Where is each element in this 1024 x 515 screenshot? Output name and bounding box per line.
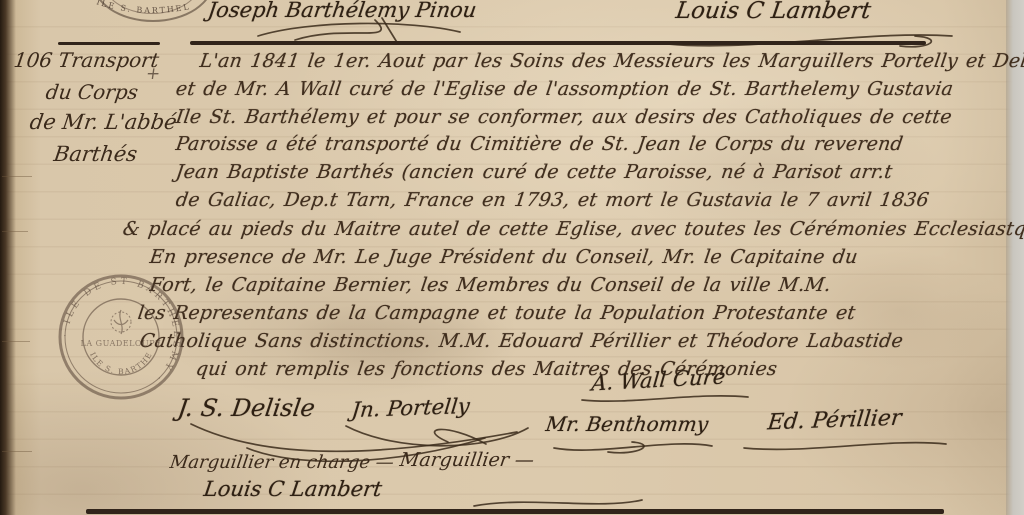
svg-text:ILE S. BARTHEL: ILE S. BARTHEL [95, 0, 191, 15]
signature-portelly: Jn. Portelly [350, 394, 470, 422]
margin-note-line: de Mr. L'abbé [28, 110, 178, 134]
manuscript-scan: ILE S. BARTHEL Joseph Barthélemy Pinou L… [0, 0, 1024, 515]
signature-flourish [576, 390, 754, 406]
caption-marguillier: Marguillier — [398, 449, 535, 471]
manuscript-line: et de Mr. A Wall curé de l'Eglise de l'a… [174, 78, 954, 100]
signature-flourish [738, 436, 952, 456]
ruled-line-stub [2, 451, 32, 452]
margin-entry-number: 106 Transport [12, 48, 160, 72]
signature-louis-lambert-top: Louis C Lambert [674, 0, 872, 24]
manuscript-line: Jean Baptiste Barthés (ancien curé de ce… [174, 161, 893, 183]
page-left-edge [0, 0, 16, 515]
margin-note-line: Barthés [52, 142, 139, 166]
page-right-edge [1006, 0, 1024, 515]
manuscript-line: L'an 1841 le 1er. Aout par les Soins des… [198, 50, 1024, 72]
ruled-line-stub [2, 341, 30, 342]
signature-benthommy: Mr. Benthommy [544, 412, 710, 436]
ruled-line-stub [2, 231, 28, 232]
manuscript-line: Ile St. Barthélemy et pour se conformer,… [174, 106, 953, 128]
signature-louis-lambert-bottom: Louis C Lambert [202, 477, 383, 501]
caption-marguillier-en-charge: Marguillier en charge — [169, 452, 396, 473]
ruled-line-stub [2, 176, 32, 177]
margin-cross-mark: + [145, 64, 162, 84]
margin-note-line: du Corps [44, 80, 139, 104]
manuscript-line: En presence de Mr. Le Juge Président du … [148, 246, 859, 268]
manuscript-line: les Representans de la Campagne et toute… [136, 302, 856, 324]
margin-divider-rule [58, 42, 160, 45]
bottom-divider-rule [86, 509, 944, 514]
manuscript-line: de Galiac, Dep.t Tarn, France en 1793, e… [174, 189, 930, 211]
signature-perillier: Ed. Périllier [766, 406, 902, 436]
top-stamp-text: ILE S. BARTHEL [86, 0, 218, 22]
entry-divider-rule [190, 41, 926, 45]
manuscript-line: & placé au pieds du Maitre autel de cett… [121, 218, 1024, 240]
signature-flourish [548, 436, 718, 458]
parish-seal-stamp: · ILE DE ST BARTHELEMY · ILE S. BARTHELE… [54, 270, 188, 404]
manuscript-line: Paroisse a été transporté du Cimitière d… [174, 133, 904, 155]
manuscript-line: Catholique Sans distinctions. M.M. Edoua… [138, 330, 904, 352]
manuscript-line: Fort, le Capitaine Bernier, les Membres … [148, 274, 832, 296]
svg-text:LA GUADELOUPE: LA GUADELOUPE [81, 339, 162, 348]
